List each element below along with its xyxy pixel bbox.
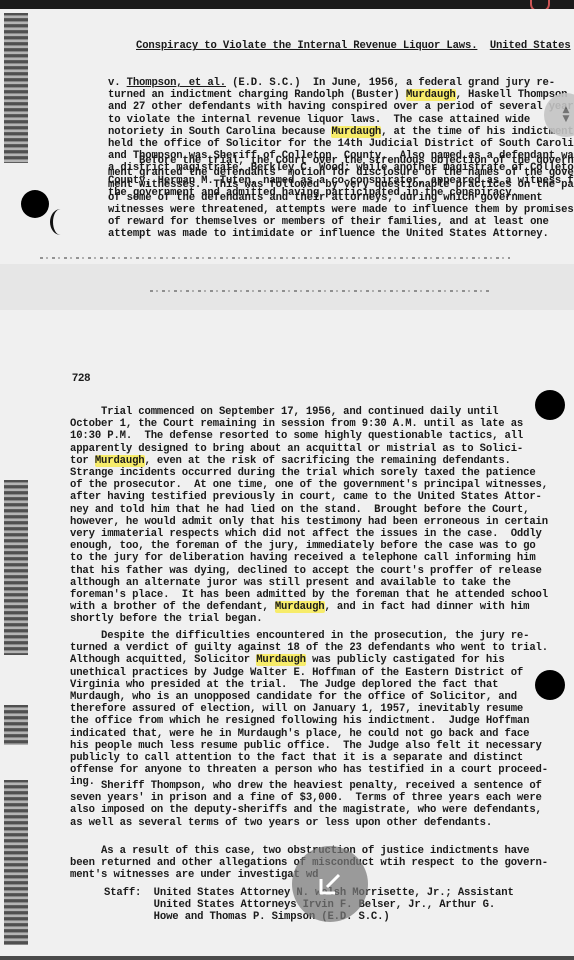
chevron-down-icon: ▼	[563, 115, 570, 124]
text-line: ment witnesses. This was followed by ver…	[108, 179, 574, 191]
text-line: with a brother of the defendant, Murdaug…	[70, 601, 548, 613]
highlighted-name: Murdaugh	[406, 89, 456, 101]
paragraph-trial: Trial commenced on September 17, 1956, a…	[70, 406, 548, 626]
text-line: also imposed on the deputy-sheriffs and …	[70, 804, 542, 816]
text-line: notoriety in South Carolina because Murd…	[108, 126, 574, 138]
text-line: tor Murdaugh, even at the risk of sacrif…	[70, 455, 548, 467]
text-line: Strange incidents occurred during the tr…	[70, 467, 548, 479]
bottom-bar	[0, 956, 574, 960]
text-line: attempt was made to intimidate or influe…	[108, 228, 574, 240]
text-line: the office from which he resigned follow…	[70, 715, 548, 727]
edit-button[interactable]	[292, 846, 368, 922]
text-line: Although acquitted, Solicitor Murdaugh w…	[70, 654, 548, 666]
paragraph-verdict: Despite the difficulties encountered in …	[70, 630, 548, 789]
highlighted-name: Murdaugh	[275, 601, 325, 613]
text-line: held the office of Solicitor for the 14t…	[108, 138, 574, 150]
page-gap	[0, 264, 574, 310]
case-name: Thompson, et al.	[127, 77, 226, 89]
paragraph-before-trial: Before the trial, the Court over the str…	[108, 155, 574, 240]
text-line: after having testified previously in cou…	[70, 491, 548, 503]
text-line: turned a verdict of guilty against 18 of…	[70, 642, 548, 654]
text-line: his people much less resume public offic…	[70, 740, 548, 752]
text-line: however, he would admit only that his te…	[70, 516, 548, 528]
highlighted-name: Murdaugh	[95, 455, 145, 467]
text-line: publicly to call attention to the fact t…	[70, 752, 548, 764]
text-line: indicated that, were he in Murdaugh's pl…	[70, 728, 548, 740]
paragraph-sentence: Sheriff Thompson, who drew the heaviest …	[70, 780, 542, 829]
page-number: 728	[72, 372, 90, 384]
text-line: apparently designed to bring about an ac…	[70, 443, 548, 455]
text-line: seven years' in prison and a fine of $3,…	[70, 792, 542, 804]
text-line: although an alternate juror was still pr…	[70, 577, 548, 589]
punch-hole	[21, 190, 49, 218]
text-line: v. Thompson, et al. (E.D. S.C.) In June,…	[108, 77, 574, 89]
scan-edge-strip	[4, 780, 28, 945]
text-line: October 1, the Court remaining in sessio…	[70, 418, 548, 430]
case-name: United States	[490, 40, 571, 52]
text-line: Trial commenced on September 17, 1956, a…	[70, 406, 548, 418]
text-line: Murdaugh, who is an unopposed candidate …	[70, 691, 548, 703]
text-line: Virginia who presided at the trial. The …	[70, 679, 548, 691]
scan-edge-strip	[4, 705, 28, 745]
text-line: enough, too, the foreman of the jury, im…	[70, 540, 548, 552]
punch-hole-partial	[50, 209, 71, 235]
highlighted-name: Murdaugh	[331, 126, 381, 138]
text-line: to the jury for deliberation having rece…	[70, 552, 548, 564]
text-line: very immaterial respects which did not a…	[70, 528, 548, 540]
text-line: of some of the defendants and their atto…	[108, 192, 574, 204]
edit-pencil-icon	[315, 869, 345, 899]
text-line: turned an indictment charging Randolph (…	[108, 89, 574, 101]
text-line: shortly before the trial began.	[70, 613, 548, 625]
text-line: Before the trial, the Court over the str…	[108, 155, 574, 167]
text-line: therefore assured of election, will on J…	[70, 703, 548, 715]
text-line: 10:30 P.M. The defense resorted to some …	[70, 430, 548, 442]
scanned-page-bottom: 728 Trial commenced on September 17, 195…	[0, 310, 574, 956]
scan-edge-strip	[4, 480, 28, 655]
text-line: unethical practices by Judge Walter E. H…	[70, 667, 548, 679]
scan-edge-strip	[4, 13, 28, 163]
text-line: Sheriff Thompson, who drew the heaviest …	[70, 780, 542, 792]
scan-noise	[150, 290, 490, 292]
scanned-page-top: Conspiracy to Violate the Internal Reven…	[0, 9, 574, 264]
text-line: that his father was dying, declined to a…	[70, 565, 548, 577]
highlighted-name: Murdaugh	[256, 654, 306, 666]
text-line: as well as several terms of two years or…	[70, 817, 542, 829]
top-bar	[0, 0, 574, 9]
scan-noise	[40, 257, 510, 259]
text-line: offense for anyone to threaten a person …	[70, 764, 548, 776]
text-line: Despite the difficulties encountered in …	[70, 630, 548, 642]
text-line: ment granted the defendants' motion for …	[108, 167, 574, 179]
text-line: of reward for themselves or members of t…	[108, 216, 574, 228]
text-line: and 27 other defendants with having cons…	[108, 101, 574, 113]
text-line: witnesses were threatened, attempts were…	[108, 204, 574, 216]
text-line: to violate the internal revenue liquor l…	[108, 114, 574, 126]
text-line: foreman's place. It has been admitted by…	[70, 589, 548, 601]
section-heading: Conspiracy to Violate the Internal Reven…	[136, 40, 477, 52]
text-line: ney and told him that he had lied on the…	[70, 504, 548, 516]
text-line: of the prosecutor. At one time, one of t…	[70, 479, 548, 491]
